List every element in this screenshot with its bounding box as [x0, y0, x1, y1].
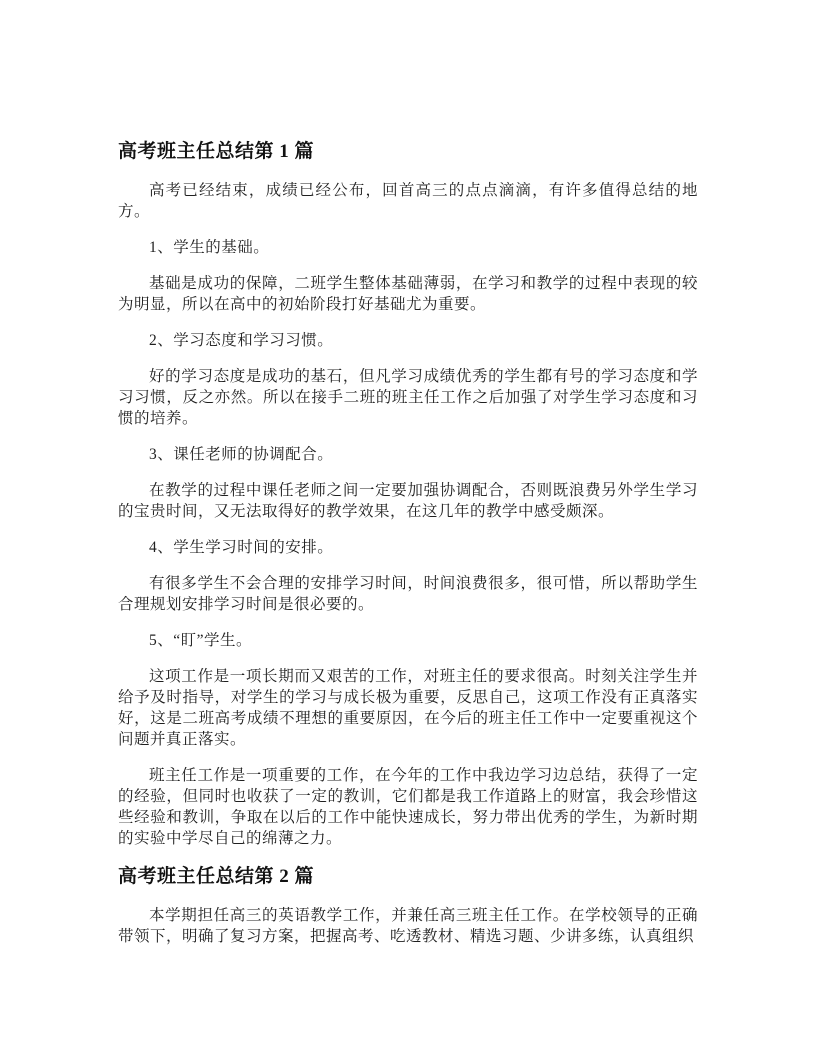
numbered-item-5: 5、“盯”学生。 — [118, 630, 698, 651]
paragraph: 本学期担任高三的英语教学工作，并兼任高三班主任工作。在学校领导的正确带领下，明确… — [118, 905, 698, 947]
paragraph: 班主任工作是一项重要的工作，在今年的工作中我边学习边总结，获得了一定的经验，但同… — [118, 765, 698, 849]
paragraph: 有很多学生不会合理的安排学习时间，时间浪费很多，很可惜，所以帮助学生合理规划安排… — [118, 573, 698, 615]
section-1-title: 高考班主任总结第 1 篇 — [118, 139, 698, 164]
numbered-item-1: 1、学生的基础。 — [118, 237, 698, 258]
numbered-item-4: 4、学生学习时间的安排。 — [118, 537, 698, 558]
paragraph: 高考已经结束，成绩已经公布，回首高三的点点滴滴，有许多值得总结的地方。 — [118, 180, 698, 222]
paragraph: 好的学习态度是成功的基石，但凡学习成绩优秀的学生都有号的学习态度和学习习惯，反之… — [118, 366, 698, 429]
document-page: 高考班主任总结第 1 篇 高考已经结束，成绩已经公布，回首高三的点点滴滴，有许多… — [0, 0, 816, 1056]
paragraph: 这项工作是一项长期而又艰苦的工作，对班主任的要求很高。时刻关注学生并给予及时指导… — [118, 666, 698, 750]
numbered-item-3: 3、课任老师的协调配合。 — [118, 444, 698, 465]
paragraph: 在教学的过程中课任老师之间一定要加强协调配合，否则既浪费另外学生学习的宝贵时间，… — [118, 480, 698, 522]
section-2-title: 高考班主任总结第 2 篇 — [118, 864, 698, 889]
paragraph: 基础是成功的保障，二班学生整体基础薄弱，在学习和教学的过程中表现的较为明显，所以… — [118, 273, 698, 315]
numbered-item-2: 2、学习态度和学习习惯。 — [118, 330, 698, 351]
